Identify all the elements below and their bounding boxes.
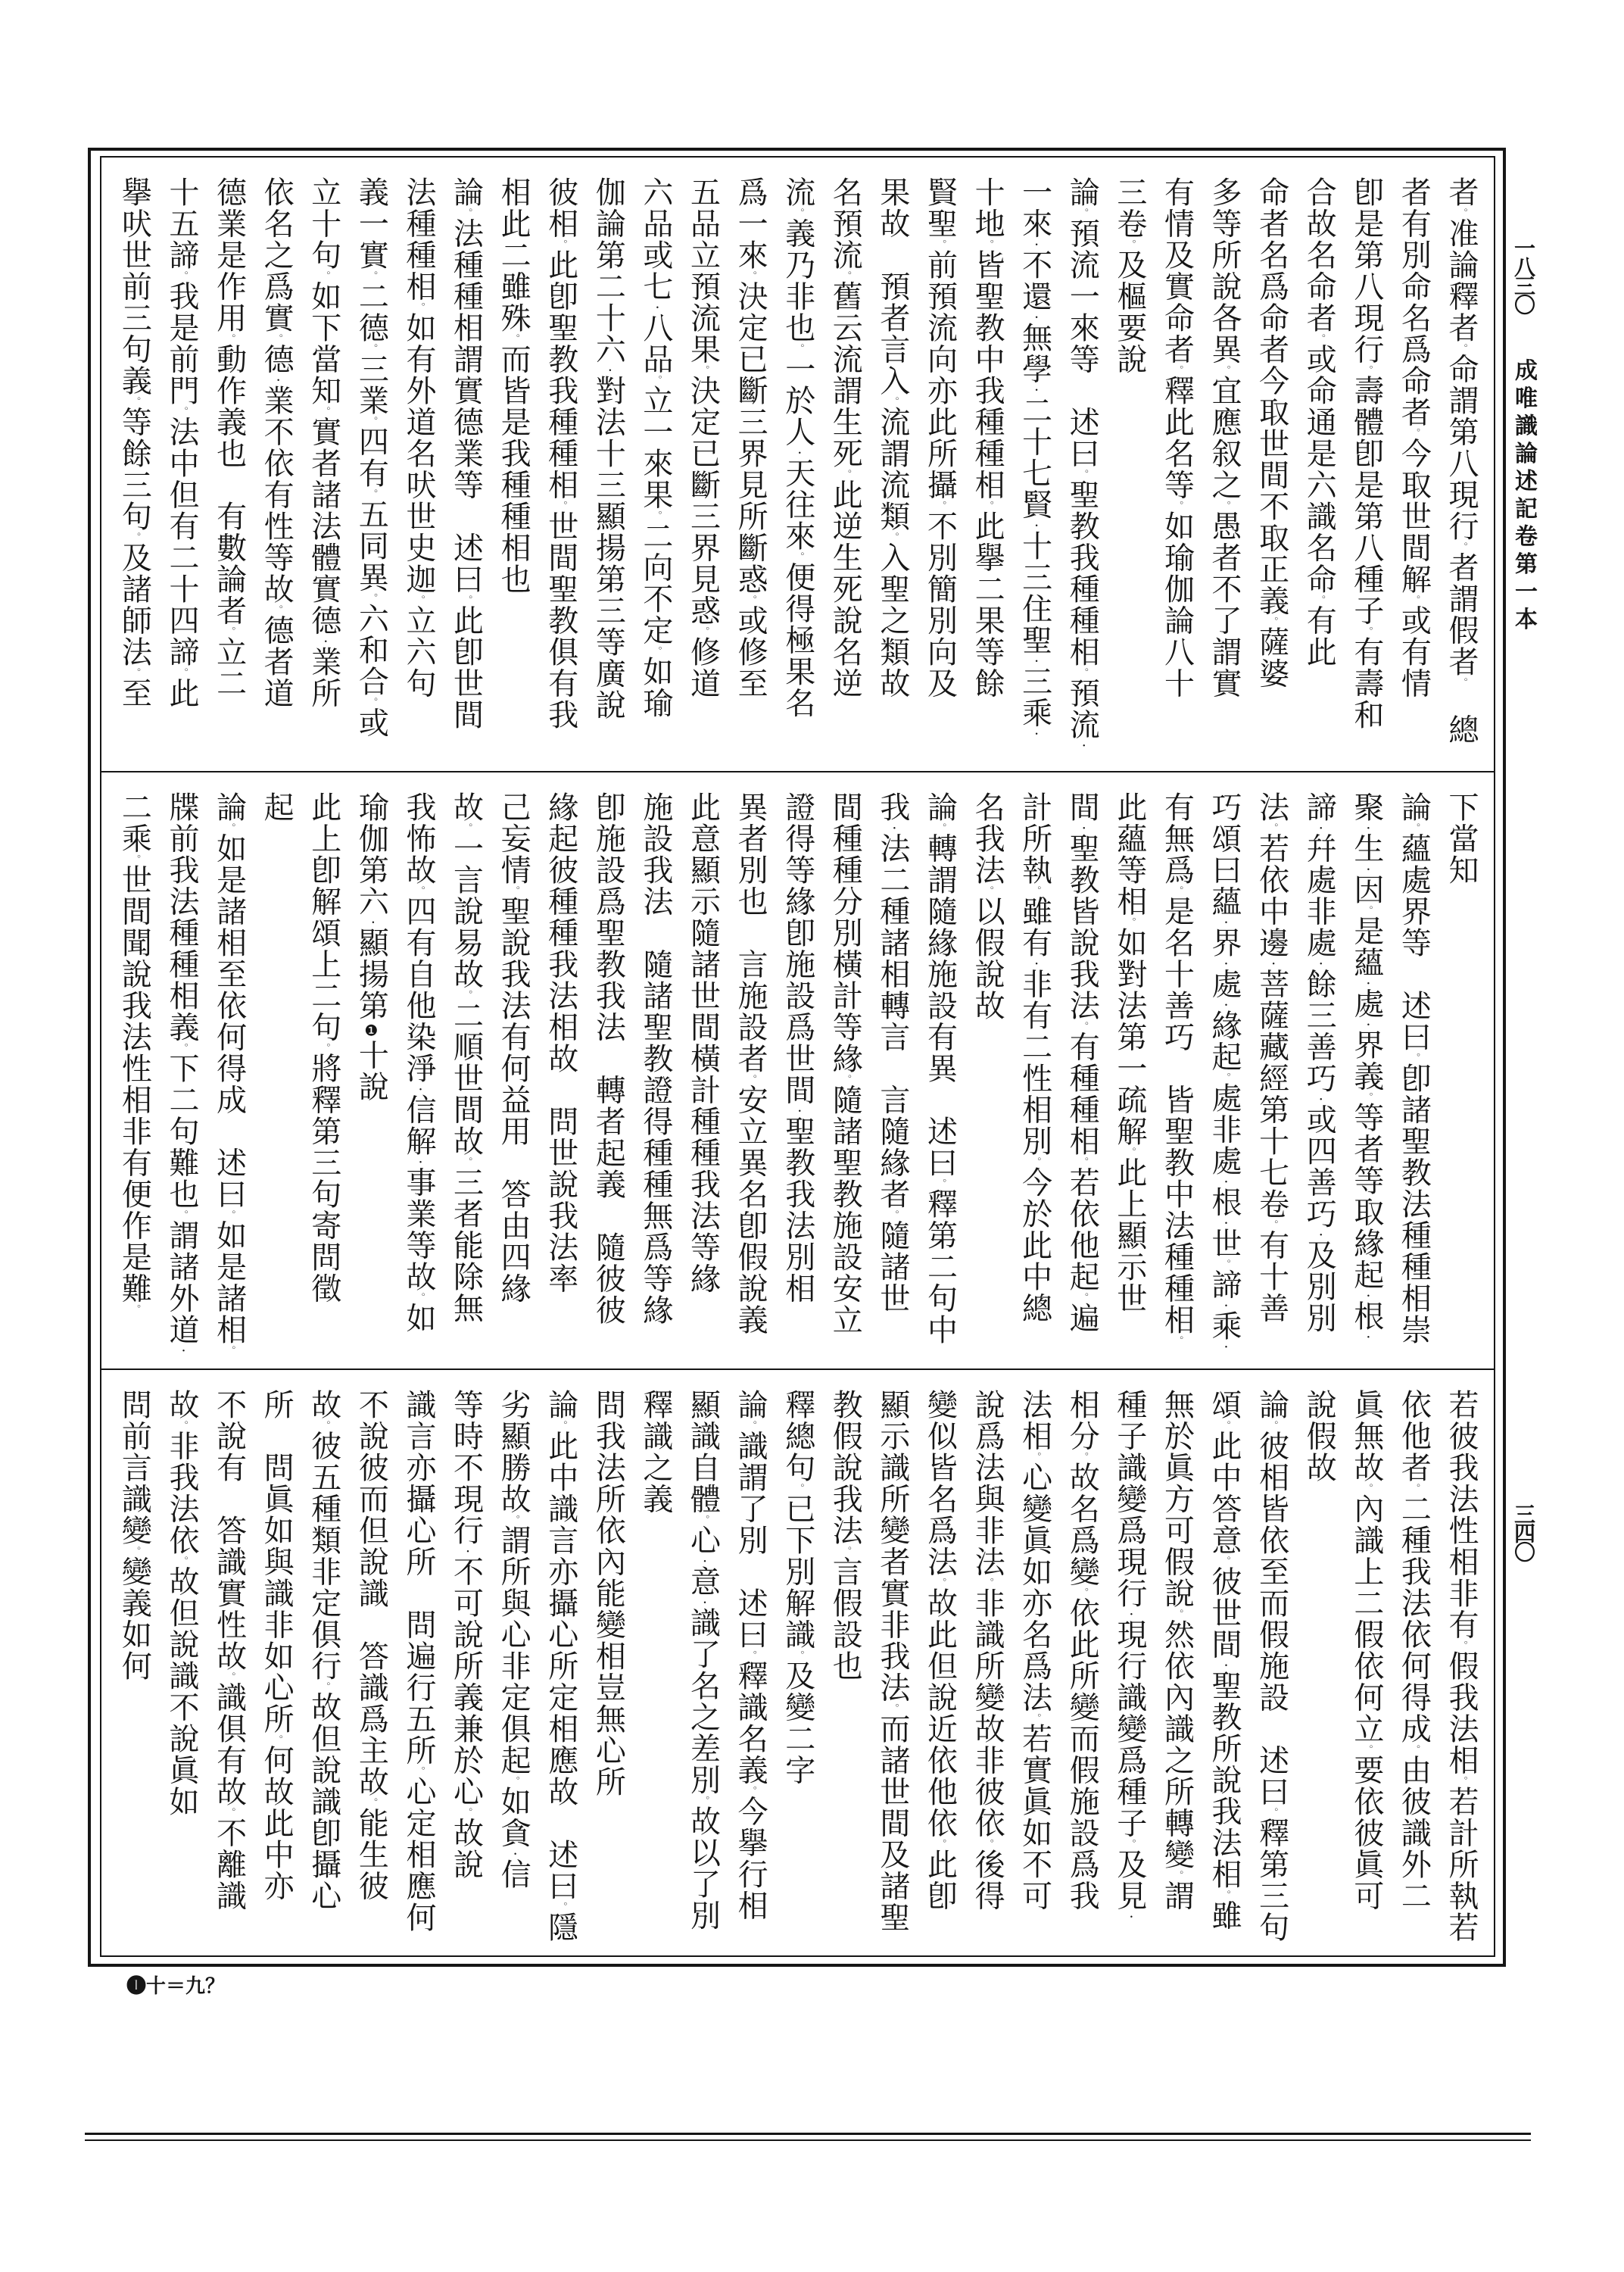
register-divider-bottom <box>101 1369 1494 1370</box>
text-column: 不說彼而但說識 答識爲主故。能生彼 <box>348 1389 395 1953</box>
running-title: 成唯識論述記卷第一本 <box>1510 358 1537 635</box>
text-column: 頌。此中答意。彼世間・聖教所說我法相。雖 <box>1200 1389 1248 1953</box>
text-column: 依名之爲實。德・業不依有性等故。德者道 <box>253 176 301 767</box>
text-column: 諦・幷處非處・餘三善巧・或四善巧・及別別 <box>1295 791 1343 1367</box>
text-column: 論。如是諸相至依何得成 述曰。如是諸相。 <box>205 791 253 1367</box>
text-column: 所 問眞如與識非如心所。何故此中亦 <box>253 1389 301 1953</box>
text-column: 論。預流一來等 述曰。聖教我種種相。預流・ <box>1058 176 1106 767</box>
text-column: 者有別命名爲命者。今取世間解。或有情 <box>1390 176 1438 767</box>
text-column: 有情及實命者。釋此名等。如瑜伽論八十 <box>1153 176 1201 767</box>
folio-number: 三四〇 <box>1510 1503 1537 1560</box>
register-divider-top <box>101 771 1494 772</box>
text-column: 等時不現行・不可說所義兼於心。故說 <box>442 1389 490 1953</box>
register-bottom: 若彼我法性相非有。假我法相。若計所執若 依他者。二種我法依何得成。由彼識外二 眞… <box>101 1389 1494 1953</box>
text-column: 說假故 <box>1295 1389 1343 1953</box>
text-column: 教假說我法。言假設也 <box>821 1389 869 1953</box>
text-column: 合故名命者。或命通是六識名命。有此 <box>1295 176 1343 767</box>
text-column: 瑜伽第六・顯揚第❶十說 <box>348 791 395 1367</box>
text-column: 問我法所依內能變相豈無心所 <box>584 1389 632 1953</box>
text-column: 牒前我法種種相義。下二句難也。謂諸外道・ <box>157 791 205 1367</box>
text-column: 六品或七・八品。立一來果。二向不定。如瑜 <box>631 176 679 767</box>
text-column: 名預流。舊云流謂生死。此逆生死說名逆 <box>821 176 869 767</box>
text-column: 種子識變爲現行・現行識變爲種子。及見・ <box>1105 1389 1153 1953</box>
text-column: 相分。故名爲變。依此所變而假施設爲我 <box>1058 1389 1106 1953</box>
text-column: 釋總句。已下別解識。及變二字 <box>774 1389 821 1953</box>
text-column: 緣起彼種種我法相故 問世說我法率 <box>537 791 584 1367</box>
text-column: 釋識之義 <box>631 1389 679 1953</box>
text-column: 十五諦。我是前門。法中但有二十四諦。此 <box>157 176 205 767</box>
text-column: 立十句。如下當知。實者諸法體實德・業所 <box>300 176 348 767</box>
text-column: 彼相。此卽聖教我種種相。世間聖教俱有我 <box>537 176 584 767</box>
text-column: 眞無故。內識上二假依何立。要依彼眞可 <box>1342 1389 1390 1953</box>
text-column: 論。識謂了別 述曰。釋識名義。今擧行相 <box>727 1389 775 1953</box>
text-column: 論。此中識言亦攝心所定相應故 述曰。隱 <box>537 1389 584 1953</box>
text-column: 論。彼相皆依至而假施設 述曰。釋第三句 <box>1248 1389 1295 1953</box>
text-column: 賢聖。前預流向亦此所攝。不別簡別向及 <box>916 176 964 767</box>
text-column: 故。非我法依。故但說識不說眞如 <box>157 1389 205 1953</box>
text-column: 十地。皆聖教中我種種相。此擧二果等餘 <box>963 176 1011 767</box>
text-column: 流。義乃非也。一於人・天往來。便得極果名 <box>774 176 821 767</box>
text-column: 己妄情。聖說我法有何益用 答由四緣 <box>490 791 538 1367</box>
text-column: 依他者。二種我法依何得成。由彼識外二 <box>1390 1389 1438 1953</box>
text-column: 說爲法與非法。非識所變故非彼依。後得 <box>963 1389 1011 1953</box>
text-column: 故。一言說易故。二順世間故。三者能除無 <box>442 791 490 1367</box>
text-column: 此蘊等相。如對法第一疏解。此上顯示世 <box>1105 791 1153 1367</box>
text-column: 巧頌曰蘊・界・處・緣起。處非處・根・世。諦・乘・ <box>1200 791 1248 1367</box>
text-column: 五品立預流果。決定已斷三界見惑。修道 <box>679 176 727 767</box>
text-column: 計所執。雖有・非有二性相別。今於此中總 <box>1011 791 1058 1367</box>
text-column: 顯示識所變者實非我法。而諸世間及諸聖 <box>868 1389 916 1953</box>
text-column: 有無爲。是名十善巧 皆聖教中法種種相。 <box>1153 791 1201 1367</box>
collation-footnote: ❶十＝九？ <box>126 1971 225 1999</box>
text-column: 無於眞方可假說。然依內識之所轉變。謂 <box>1153 1389 1201 1953</box>
text-column: 論。法種種相謂實德業等 述曰。此卽世間 <box>442 176 490 767</box>
register-top: 者。准論釋者。命謂第八現行。者謂假者。 總 者有別命名爲命者。今取世間解。或有情… <box>101 176 1494 767</box>
text-column: 起 <box>253 791 301 1367</box>
text-column: 名我法。以假說故 <box>963 791 1011 1367</box>
text-column: 顯識自體。心・意・識了名之差別。故以了別 <box>679 1389 727 1953</box>
bottom-rule <box>85 2139 1531 2141</box>
text-column: 故。彼五種類非定俱行。故但說識卽攝心 <box>300 1389 348 1953</box>
text-column: 爲一來。決定已斷三界見所斷惑。或修至 <box>727 176 775 767</box>
text-column: 間種種分別橫計等緣。隨諸聖教施設安立 <box>821 791 869 1367</box>
text-column: 義一實。二德。三業。四有。五同異。六和合。或 <box>348 176 395 767</box>
text-column: 德業是作用。動作義也 有數論者。立二 <box>205 176 253 767</box>
text-column: 卽是第八現行。壽體卽是第八種子。有壽和 <box>1342 176 1390 767</box>
text-column: 異者別也 言施設者。安立異名卽假說義 <box>727 791 775 1367</box>
text-column: 論。轉謂隨緣施設有異 述曰。釋第二句中 <box>916 791 964 1367</box>
text-column: 證得等緣卽施設爲世間・聖教我法別相 <box>774 791 821 1367</box>
text-column: 法種種相。如有外道名吠世史迦。立六句 <box>394 176 442 767</box>
text-column: 者。准論釋者。命謂第八現行。者謂假者。 總 <box>1437 176 1485 767</box>
text-column: 若彼我法性相非有。假我法相。若計所執若 <box>1437 1389 1485 1953</box>
text-column: 伽論第二十六・對法十三顯揚第三等廣說 <box>584 176 632 767</box>
text-column: 劣顯勝故。謂所與心非定俱起。如貪・信 <box>490 1389 538 1953</box>
text-column: 一來・不還・無學・二十七賢・十三住聖・三乘・ <box>1011 176 1058 767</box>
text-column: 此上卽解頌上二句。將釋第三句寄問徵 <box>300 791 348 1367</box>
text-column: 論。蘊處界等 述曰。卽諸聖教法種種相崇 <box>1390 791 1438 1367</box>
text-column: 我怖故。四有自他染淨・信解・事業等故。如 <box>394 791 442 1367</box>
text-column: 法。若依中邊・菩薩藏經第十七卷。有十善 <box>1248 791 1295 1367</box>
bottom-rule <box>85 2133 1531 2135</box>
text-column: 卽施設爲聖教我法 轉者起義 隨彼彼 <box>584 791 632 1367</box>
text-column: 下當知 <box>1437 791 1485 1367</box>
text-column: 我・法二種諸相轉言 言隨緣者。隨諸世 <box>868 791 916 1367</box>
text-column: 變似皆名爲法。故此但說近依他依。此卽 <box>916 1389 964 1953</box>
text-column: 擧吠世前三句義。等餘三句。及諸師法。至 <box>111 176 158 767</box>
text-column: 法相。心變眞如亦名爲法。若實眞如不可 <box>1011 1389 1058 1953</box>
text-column: 間・聖教皆說我法。有種種相。若依他起。遍 <box>1058 791 1106 1367</box>
text-column: 果故 預者言入。流謂流類。入聖之類故 <box>868 176 916 767</box>
text-column: 聚・生・因。是蘊・處・界義。等者等取緣起・根・ <box>1342 791 1390 1367</box>
text-column: 命者名爲命者今取世間不取正義。薩婆 <box>1248 176 1295 767</box>
text-column: 二乘。世間聞說我法性相非有便作是難。 <box>111 791 158 1367</box>
text-column: 問前言識變。變義如何 <box>111 1389 158 1953</box>
text-column: 不說有 答識實性故。識俱有故。不離識 <box>205 1389 253 1953</box>
text-column: 相此二雖殊。而皆是我種種相也 <box>490 176 538 767</box>
text-column: 多等所說各異。宜應叙之。愚者不了謂實 <box>1200 176 1248 767</box>
register-middle: 下當知 論。蘊處界等 述曰。卽諸聖教法種種相崇 聚・生・因。是蘊・處・界義。等者… <box>101 791 1494 1367</box>
text-column: 三卷。及樞要說 <box>1105 176 1153 767</box>
page-number: 一八三〇 <box>1510 237 1537 313</box>
text-column: 此意顯示隨諸世間橫計種種我法等緣 <box>679 791 727 1367</box>
text-column: 施設我法 隨諸聖教證得種種無爲等緣 <box>631 791 679 1367</box>
text-column: 識言亦攝心所 問遍行五所。心定相應何 <box>394 1389 442 1953</box>
